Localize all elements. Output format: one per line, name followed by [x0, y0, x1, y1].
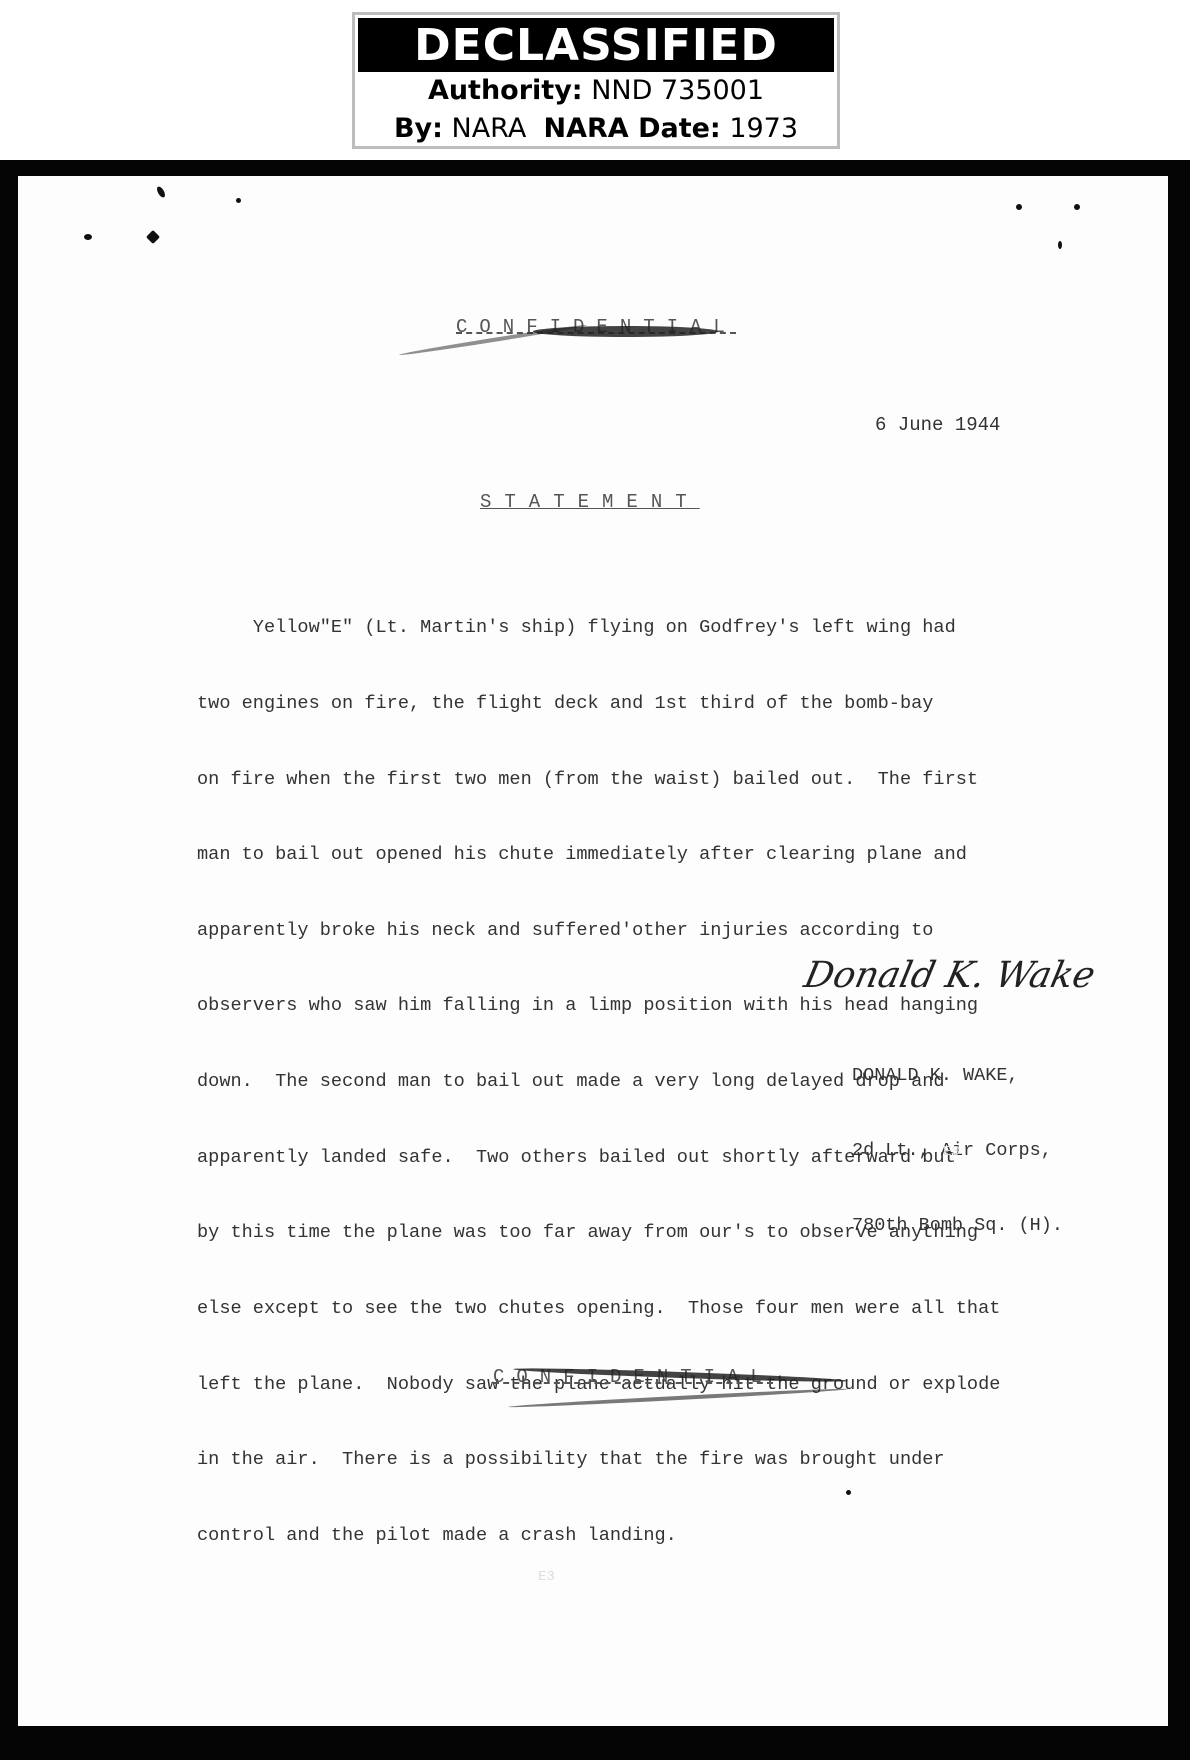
- stamp-heading: DECLASSIFIED: [358, 18, 834, 72]
- body-line: control and the pilot made a crash landi…: [197, 1523, 1077, 1548]
- authority-value: NND 735001: [591, 75, 764, 106]
- scan-speck: [1074, 204, 1080, 210]
- stamp-authority-line: Authority: NND 735001: [355, 72, 837, 110]
- document-title: STATEMENT: [480, 491, 700, 513]
- scan-speck: [155, 185, 166, 198]
- scan-speck: [1016, 204, 1022, 210]
- scan-speck: [236, 198, 241, 203]
- by-label: By:: [394, 113, 443, 144]
- stamp-by-line: By: NARA NARA Date: 1973: [355, 110, 837, 148]
- body-line: in the air. There is a possibility that …: [197, 1447, 1077, 1472]
- signer-unit: 780th Bomb Sq. (H).: [852, 1213, 1063, 1238]
- document-page: CONFIDENTIAL 6 June 1944 STATEMENT Yello…: [18, 176, 1168, 1726]
- authority-label: Authority:: [428, 75, 583, 106]
- body-line: else except to see the two chutes openin…: [197, 1296, 1077, 1321]
- by-value: NARA: [452, 113, 527, 144]
- signer-name: DONALD K. WAKE,: [852, 1063, 1063, 1088]
- page-mark: E3: [943, 1144, 960, 1160]
- body-line: on fire when the first two men (from the…: [197, 767, 1077, 792]
- body-line: two engines on fire, the flight deck and…: [197, 691, 1077, 716]
- body-line: apparently broke his neck and suffered'o…: [197, 918, 1077, 943]
- scan-speck: [846, 1490, 851, 1495]
- nara-date-label: NARA Date:: [544, 113, 721, 144]
- document-date: 6 June 1944: [875, 414, 1000, 436]
- body-line: Yellow"E" (Lt. Martin's ship) flying on …: [197, 615, 1077, 640]
- declassified-stamp: DECLASSIFIED Authority: NND 735001 By: N…: [352, 12, 840, 149]
- scan-speck: [84, 234, 92, 240]
- scan-speck: [1058, 241, 1062, 249]
- body-line: man to bail out opened his chute immedia…: [197, 842, 1077, 867]
- handwritten-signature: Donald K. Wake: [801, 955, 1099, 996]
- page-mark: E3: [538, 1569, 555, 1585]
- nara-date-value: 1973: [729, 113, 798, 144]
- scan-speck: [146, 230, 160, 244]
